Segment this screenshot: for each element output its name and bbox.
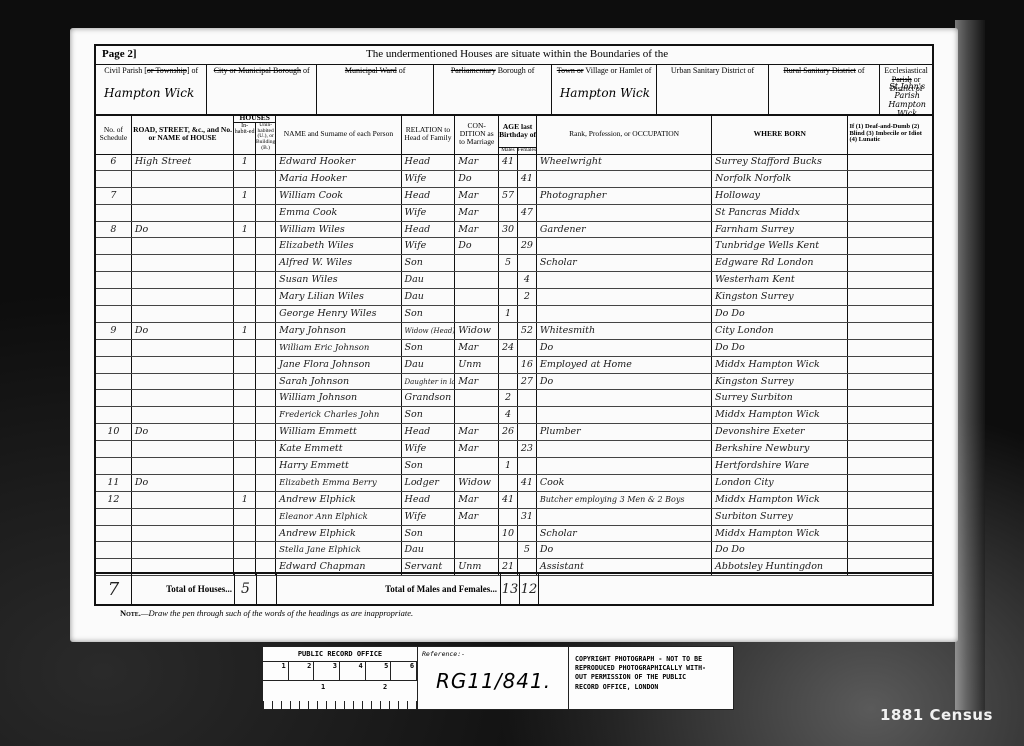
cell-where-born: Farnham Surrey (712, 222, 848, 238)
cell-age-f: 41 (518, 475, 537, 491)
boundary-label: City or Municipal Borough of (207, 66, 315, 75)
boundary-5: Town or Village or Hamlet ofHampton Wick (552, 64, 658, 114)
cell-name: Sarah Johnson (276, 374, 401, 390)
cell-blank (848, 441, 932, 457)
cell-inhabited (234, 509, 256, 525)
cell-inhabited (234, 407, 256, 423)
cell-condition: Mar (455, 154, 499, 170)
boundary-3: Municipal Ward of (317, 64, 434, 114)
boundary-label: Civil Parish [or Township] of (96, 66, 206, 75)
cell-age-m (499, 205, 518, 221)
archive-label: PUBLIC RECORD OFFICE 123456 12 Reference… (262, 646, 734, 710)
cell-blank (848, 407, 932, 423)
cell-age-m (499, 323, 518, 339)
cell-relation: Head (402, 154, 456, 170)
col-houses: HOUSES In-habit-ed Unin-habited (U.), or… (234, 114, 276, 154)
cell-age-m: 26 (499, 424, 518, 440)
struck-text: Rural Sanitary District (783, 66, 855, 75)
cell-age-f (518, 424, 537, 440)
struck-text: City or Municipal Borough (214, 66, 301, 75)
cell-age-f: 16 (518, 357, 537, 373)
col-occupation: Rank, Profession, or OCCUPATION (537, 114, 712, 154)
cell-schedule (96, 171, 132, 187)
cell-road (132, 272, 235, 288)
cell-relation: Dau (402, 357, 456, 373)
scale-bottom: 12 (263, 681, 417, 709)
age-heading: AGE last Birthday of (499, 114, 536, 147)
cell-condition: Unm (455, 357, 499, 373)
cell-blank (256, 441, 276, 457)
cell-age-m (499, 374, 518, 390)
cell-age-m (499, 509, 518, 525)
table-row: 8Do1William WilesHeadMar30GardenerFarnha… (96, 222, 932, 239)
cell-schedule: 10 (96, 424, 132, 440)
scale-mark: 2 (289, 662, 315, 680)
col-infirmity: If (1) Deaf-and-Dumb (2) Blind (3) Imbec… (848, 114, 932, 154)
cell-age-m: 5 (499, 255, 518, 271)
table-row: 121Andrew ElphickHeadMar41Butcher employ… (96, 492, 932, 509)
cell-blank (256, 407, 276, 423)
cell-schedule (96, 526, 132, 542)
cell-road (132, 441, 235, 457)
cell-road (132, 407, 235, 423)
cell-where-born: Middx Hampton Wick (712, 526, 848, 542)
cell-condition (455, 255, 499, 271)
total-houses-label: Total of Houses... (132, 574, 235, 604)
cell-age-f: 52 (518, 323, 537, 339)
cell-where-born: Kingston Surrey (712, 289, 848, 305)
cell-road (132, 255, 235, 271)
totals-row: 7 Total of Houses... 5 Total of Males an… (96, 572, 932, 604)
cell-age-f: 27 (518, 374, 537, 390)
cell-condition: Mar (455, 509, 499, 525)
cell-road (132, 526, 235, 542)
column-headers: No. of Schedule ROAD, STREET, &c., and N… (96, 114, 932, 155)
cell-occupation (537, 390, 712, 406)
cell-age-m: 4 (499, 407, 518, 423)
cell-name: Edward Hooker (276, 154, 401, 170)
cell-condition: Widow (455, 475, 499, 491)
cell-road: Do (132, 222, 235, 238)
cell-name: Mary Lilian Wiles (276, 289, 401, 305)
col-schedule: No. of Schedule (96, 114, 132, 154)
cell-schedule (96, 340, 132, 356)
cell-condition: Do (455, 238, 499, 254)
cell-occupation (537, 407, 712, 423)
cell-age-m: 1 (499, 458, 518, 474)
cell-age-f (518, 255, 537, 271)
cell-relation: Dau (402, 289, 456, 305)
cell-age-f (518, 526, 537, 542)
cell-blank (848, 357, 932, 373)
cell-schedule (96, 509, 132, 525)
boundary-heading: The undermentioned Houses are situate wi… (366, 48, 668, 60)
struck-text: Town or (557, 66, 584, 75)
cell-relation: Wife (402, 509, 456, 525)
cell-name: Jane Flora Johnson (276, 357, 401, 373)
cell-age-m: 10 (499, 526, 518, 542)
cell-name: Elizabeth Wiles (276, 238, 401, 254)
cell-road (132, 171, 235, 187)
cell-inhabited (234, 542, 256, 558)
cell-road (132, 188, 235, 204)
table-row: Emma CookWifeMar47St Pancras Middx (96, 205, 932, 222)
cell-age-m (499, 357, 518, 373)
cell-inhabited (234, 205, 256, 221)
scale-mark: 1 (321, 683, 325, 691)
cell-schedule (96, 374, 132, 390)
census-rows: 6High Street1Edward HookerHeadMar41Wheel… (96, 154, 932, 576)
col-uninhabited: Unin-habited (U.), or Building (B.) (256, 123, 275, 154)
cell-inhabited: 1 (234, 222, 256, 238)
cell-age-m: 57 (499, 188, 518, 204)
cell-road (132, 357, 235, 373)
scale-mark: 4 (340, 662, 366, 680)
cell-relation: Son (402, 458, 456, 474)
cell-blank (848, 424, 932, 440)
col-age: AGE last Birthday of Males Females (499, 114, 537, 154)
form-note: Note.—Draw the pen through such of the w… (120, 608, 413, 618)
cell-age-f: 31 (518, 509, 537, 525)
scale-mark: 2 (383, 683, 387, 691)
cell-name: Andrew Elphick (276, 526, 401, 542)
boundary-value: Hampton Wick (104, 86, 194, 100)
archive-reference: Reference:- RG11/841. (418, 647, 569, 709)
col-relation: RELATION to Head of Family (402, 114, 456, 154)
cell-where-born: Norfolk Norfolk (712, 171, 848, 187)
cell-road (132, 306, 235, 322)
cell-road: Do (132, 424, 235, 440)
table-row: Sarah JohnsonDaughter in lawMar27DoKings… (96, 374, 932, 391)
cell-schedule: 7 (96, 188, 132, 204)
cell-blank (848, 255, 932, 271)
cell-name: Emma Cook (276, 205, 401, 221)
cell-occupation: Do (537, 374, 712, 390)
cell-blank (848, 188, 932, 204)
cell-age-m: 41 (499, 154, 518, 170)
cell-blank (848, 509, 932, 525)
cell-inhabited (234, 306, 256, 322)
cell-blank (848, 222, 932, 238)
cell-road (132, 458, 235, 474)
note-lead: Note. (120, 608, 141, 618)
cell-blank (848, 390, 932, 406)
cell-blank (848, 526, 932, 542)
cell-inhabited (234, 357, 256, 373)
cell-inhabited (234, 255, 256, 271)
cell-condition (455, 272, 499, 288)
cell-condition: Mar (455, 374, 499, 390)
scale-top: 123456 (263, 662, 417, 681)
col-where-born: WHERE BORN (712, 114, 848, 154)
cell-schedule: 6 (96, 154, 132, 170)
cell-name: William Johnson (276, 390, 401, 406)
census-form: Page 2] The undermentioned Houses are si… (94, 44, 934, 606)
cell-name: Andrew Elphick (276, 492, 401, 508)
cell-condition: Mar (455, 205, 499, 221)
cell-where-born: Devonshire Exeter (712, 424, 848, 440)
cell-name: Mary Johnson (276, 323, 401, 339)
struck-text: or Township (147, 66, 187, 75)
cell-name: Frederick Charles John (276, 407, 401, 423)
cell-occupation (537, 441, 712, 457)
cell-blank (256, 205, 276, 221)
cell-relation: Wife (402, 171, 456, 187)
cell-name: William Cook (276, 188, 401, 204)
cell-inhabited (234, 289, 256, 305)
cell-condition: Mar (455, 188, 499, 204)
cell-blank (256, 272, 276, 288)
cell-relation: Head (402, 424, 456, 440)
col-inhabited: In-habit-ed (234, 123, 256, 154)
cell-age-m: 24 (499, 340, 518, 356)
cell-blank (256, 509, 276, 525)
cell-inhabited (234, 458, 256, 474)
cell-age-f (518, 154, 537, 170)
cell-schedule (96, 357, 132, 373)
table-row: Alfred W. WilesSon5ScholarEdgware Rd Lon… (96, 255, 932, 272)
cell-relation: Son (402, 407, 456, 423)
cell-relation: Wife (402, 441, 456, 457)
cell-age-f: 4 (518, 272, 537, 288)
cell-inhabited: 1 (234, 492, 256, 508)
cell-blank (256, 475, 276, 491)
reference-value: RG11/841. (436, 669, 551, 693)
cell-schedule (96, 458, 132, 474)
cell-blank (256, 171, 276, 187)
cell-age-m (499, 238, 518, 254)
cell-schedule (96, 205, 132, 221)
cell-relation: Head (402, 492, 456, 508)
cell-condition (455, 407, 499, 423)
cell-blank (256, 357, 276, 373)
cell-blank (256, 542, 276, 558)
cell-where-born: Holloway (712, 188, 848, 204)
cell-condition (455, 306, 499, 322)
cell-occupation: Plumber (537, 424, 712, 440)
cell-condition: Mar (455, 424, 499, 440)
cell-age-m (499, 441, 518, 457)
cell-schedule (96, 255, 132, 271)
cell-occupation (537, 458, 712, 474)
table-row: 6High Street1Edward HookerHeadMar41Wheel… (96, 154, 932, 171)
boundary-7: Rural Sanitary District of (769, 64, 880, 114)
cell-inhabited (234, 238, 256, 254)
col-condition: CON-DITION as to Marriage (455, 114, 499, 154)
reference-label: Reference:- (422, 650, 465, 658)
cell-age-f (518, 390, 537, 406)
cell-occupation (537, 272, 712, 288)
cell-occupation: Whitesmith (537, 323, 712, 339)
cell-occupation (537, 289, 712, 305)
boundary-4: Parliamentary Borough of (434, 64, 551, 114)
cell-occupation: Cook (537, 475, 712, 491)
cell-where-born: Edgware Rd London (712, 255, 848, 271)
cell-relation: Wife (402, 238, 456, 254)
cell-blank (256, 306, 276, 322)
cell-condition (455, 390, 499, 406)
cell-road (132, 509, 235, 525)
cell-where-born: Middx Hampton Wick (712, 357, 848, 373)
boundary-label: Municipal Ward of (317, 66, 433, 75)
cell-inhabited (234, 340, 256, 356)
cell-occupation (537, 171, 712, 187)
cell-relation: Wife (402, 205, 456, 221)
cell-where-born: Hertfordshire Ware (712, 458, 848, 474)
cell-name: William Eric Johnson (276, 340, 401, 356)
boundary-value: St John's Parish Hampton Wick (882, 82, 932, 118)
table-row: William Eric JohnsonSonMar24DoDo Do (96, 340, 932, 357)
cell-blank (256, 526, 276, 542)
form-heading-row: Page 2] The undermentioned Houses are si… (96, 46, 932, 65)
cell-blank (256, 238, 276, 254)
cell-age-m (499, 289, 518, 305)
boundary-value: Hampton Wick (560, 86, 650, 100)
cell-relation: Dau (402, 542, 456, 558)
cell-relation: Widow (Head) (402, 323, 456, 339)
cell-schedule (96, 542, 132, 558)
table-row: William JohnsonGrandson2Surrey Surbiton (96, 390, 932, 407)
total-persons-label: Total of Males and Females... (277, 574, 501, 604)
cell-schedule (96, 272, 132, 288)
cell-road (132, 289, 235, 305)
cell-condition: Widow (455, 323, 499, 339)
cell-occupation: Butcher employing 3 Men & 2 Boys (537, 492, 712, 508)
cell-age-m: 1 (499, 306, 518, 322)
scale-mark: 3 (314, 662, 340, 680)
cell-inhabited: 1 (234, 154, 256, 170)
cell-schedule (96, 390, 132, 406)
cell-blank (256, 255, 276, 271)
cell-age-f (518, 222, 537, 238)
cell-name: Kate Emmett (276, 441, 401, 457)
cell-blank (256, 340, 276, 356)
table-row: Andrew ElphickSon10ScholarMiddx Hampton … (96, 526, 932, 543)
table-row: 9Do1Mary JohnsonWidow (Head)Widow52White… (96, 323, 932, 340)
cell-condition (455, 526, 499, 542)
cell-age-f: 2 (518, 289, 537, 305)
cell-blank (256, 222, 276, 238)
cell-blank (848, 171, 932, 187)
cell-schedule (96, 306, 132, 322)
cell-road (132, 205, 235, 221)
cell-relation: Son (402, 255, 456, 271)
cell-where-born: St Pancras Middx (712, 205, 848, 221)
page-edge-shadow (955, 20, 985, 710)
cell-age-f (518, 407, 537, 423)
boundary-label: Urban Sanitary District of (657, 66, 767, 75)
total-females: 12 (520, 574, 539, 604)
cell-condition: Mar (455, 441, 499, 457)
cell-age-f: 5 (518, 542, 537, 558)
cell-where-born: Westerham Kent (712, 272, 848, 288)
cell-where-born: Middx Hampton Wick (712, 407, 848, 423)
cell-road (132, 374, 235, 390)
cell-inhabited (234, 475, 256, 491)
table-row: Jane Flora JohnsonDauUnm16Employed at Ho… (96, 357, 932, 374)
cell-relation: Dau (402, 272, 456, 288)
boundary-1: Civil Parish [or Township] ofHampton Wic… (96, 64, 207, 114)
cell-road (132, 340, 235, 356)
cell-blank (848, 238, 932, 254)
cell-where-born: Surrey Stafford Bucks (712, 154, 848, 170)
cell-age-f (518, 458, 537, 474)
boundary-label: Parliamentary Borough of (434, 66, 550, 75)
cell-where-born: Tunbridge Wells Kent (712, 238, 848, 254)
cell-name: William Emmett (276, 424, 401, 440)
cell-blank (848, 154, 932, 170)
cell-occupation: Employed at Home (537, 357, 712, 373)
cell-blank (848, 205, 932, 221)
cell-name: Harry Emmett (276, 458, 401, 474)
cell-age-f: 41 (518, 171, 537, 187)
cell-age-m: 2 (499, 390, 518, 406)
table-row: 10DoWilliam EmmettHeadMar26PlumberDevons… (96, 424, 932, 441)
copyright-notice: COPYRIGHT PHOTOGRAPH - NOT TO BE REPRODU… (569, 647, 733, 709)
cell-blank (256, 390, 276, 406)
table-row: Harry EmmettSon1Hertfordshire Ware (96, 458, 932, 475)
cell-where-born: Surbiton Surrey (712, 509, 848, 525)
cell-occupation (537, 509, 712, 525)
cell-relation: Head (402, 188, 456, 204)
cell-where-born: City London (712, 323, 848, 339)
cell-relation: Son (402, 526, 456, 542)
boundary-2: City or Municipal Borough of (207, 64, 316, 114)
table-row: Maria HookerWifeDo41Norfolk Norfolk (96, 171, 932, 188)
cell-condition (455, 542, 499, 558)
cell-occupation: Do (537, 340, 712, 356)
cell-name: Stella Jane Elphick (276, 542, 401, 558)
table-row: 71William CookHeadMar57PhotographerHollo… (96, 188, 932, 205)
note-text: —Draw the pen through such of the words … (141, 608, 413, 618)
cell-inhabited (234, 441, 256, 457)
cell-condition (455, 289, 499, 305)
cell-blank (848, 492, 932, 508)
cell-condition (455, 458, 499, 474)
cell-occupation: Scholar (537, 526, 712, 542)
cell-condition: Mar (455, 222, 499, 238)
struck-text: Parliamentary (451, 66, 496, 75)
cell-where-born: Surrey Surbiton (712, 390, 848, 406)
cell-schedule (96, 238, 132, 254)
cell-blank (256, 492, 276, 508)
cell-road (132, 492, 235, 508)
cell-inhabited (234, 424, 256, 440)
cell-blank (256, 424, 276, 440)
cell-where-born: Do Do (712, 340, 848, 356)
cell-blank (256, 154, 276, 170)
cell-name: Elizabeth Emma Berry (276, 475, 401, 491)
cell-relation: Head (402, 222, 456, 238)
cell-age-f (518, 306, 537, 322)
cell-age-m: 30 (499, 222, 518, 238)
struck-text: Municipal Ward (345, 66, 397, 75)
cell-schedule (96, 407, 132, 423)
cell-blank (256, 323, 276, 339)
table-row: Elizabeth WilesWifeDo29Tunbridge Wells K… (96, 238, 932, 255)
cell-inhabited: 1 (234, 323, 256, 339)
table-row: Stella Jane ElphickDau5DoDo Do (96, 542, 932, 559)
cell-blank (848, 340, 932, 356)
cell-schedule (96, 441, 132, 457)
cell-blank (256, 188, 276, 204)
cell-age-f (518, 492, 537, 508)
cell-road: Do (132, 323, 235, 339)
cell-inhabited (234, 171, 256, 187)
total-schedules: 7 (96, 574, 132, 604)
cell-where-born: Berkshire Newbury (712, 441, 848, 457)
table-row: Kate EmmettWifeMar23Berkshire Newbury (96, 441, 932, 458)
